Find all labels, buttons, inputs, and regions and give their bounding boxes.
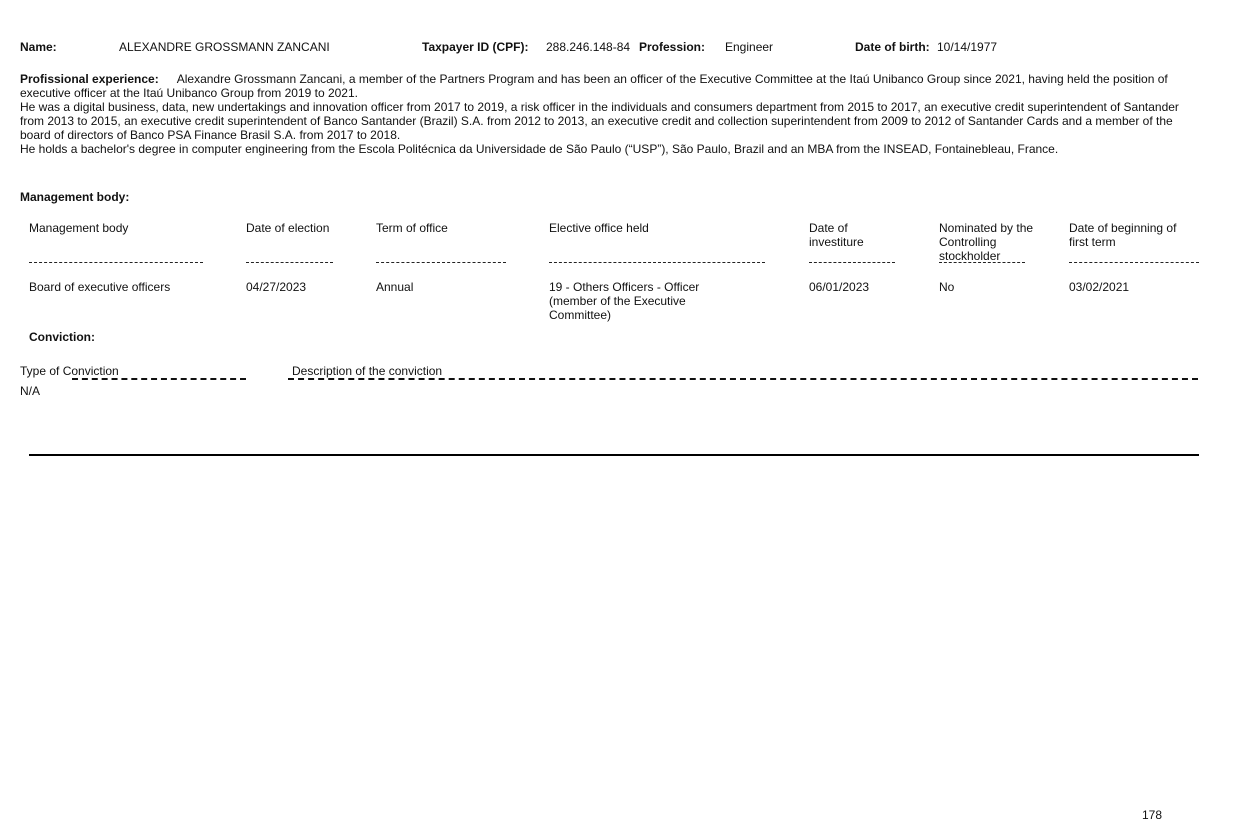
header-underline bbox=[246, 262, 333, 263]
name-value: ALEXANDRE GROSSMANN ZANCANI bbox=[119, 40, 330, 54]
experience-paragraph-2: He was a digital business, data, new und… bbox=[20, 100, 1190, 142]
header-underline bbox=[29, 262, 203, 263]
cell-nominated-by-controlling: No bbox=[939, 280, 1029, 294]
experience-paragraph-1: Profissional experience:Alexandre Grossm… bbox=[20, 72, 1190, 100]
cpf-value: 288.246.148-84 bbox=[546, 40, 630, 54]
cell-management-body: Board of executive officers bbox=[29, 280, 229, 294]
page-number: 178 bbox=[1142, 808, 1162, 822]
header-underline bbox=[809, 262, 895, 263]
conviction-type-header: Type of Conviction bbox=[20, 364, 119, 378]
conviction-type-value: N/A bbox=[20, 384, 40, 398]
dob-value: 10/14/1977 bbox=[937, 40, 997, 54]
profession-label: Profession: bbox=[639, 40, 705, 54]
experience-label: Profissional experience: bbox=[20, 72, 159, 86]
header-underline bbox=[1069, 262, 1199, 263]
header-underline bbox=[549, 262, 765, 263]
column-header-nominated-by-controlling: Nominated by the Controlling stockholder bbox=[939, 221, 1034, 263]
cell-date-of-investiture: 06/01/2023 bbox=[809, 280, 909, 294]
conviction-description-underline bbox=[288, 378, 1198, 380]
column-header-date-of-election: Date of election bbox=[246, 221, 336, 235]
conviction-section-title: Conviction: bbox=[29, 330, 95, 344]
header-underline bbox=[376, 262, 506, 263]
conviction-type-underline bbox=[72, 378, 246, 380]
cell-date-first-term: 03/02/2021 bbox=[1069, 280, 1179, 294]
experience-paragraph-3: He holds a bachelor's degree in computer… bbox=[20, 142, 1190, 156]
section-divider bbox=[29, 454, 1199, 456]
column-header-term-of-office: Term of office bbox=[376, 221, 506, 235]
profession-value: Engineer bbox=[725, 40, 773, 54]
column-header-elective-office: Elective office held bbox=[549, 221, 749, 235]
cpf-label: Taxpayer ID (CPF): bbox=[422, 40, 528, 54]
name-label: Name: bbox=[20, 40, 57, 54]
management-section-title: Management body: bbox=[20, 190, 129, 204]
cell-date-of-election: 04/27/2023 bbox=[246, 280, 346, 294]
dob-label: Date of birth: bbox=[855, 40, 930, 54]
cell-term-of-office: Annual bbox=[376, 280, 506, 294]
cell-elective-office: 19 - Others Officers - Officer (member o… bbox=[549, 280, 744, 322]
column-header-management-body: Management body bbox=[29, 221, 229, 235]
conviction-description-header: Description of the conviction bbox=[292, 364, 442, 378]
professional-experience: Profissional experience:Alexandre Grossm… bbox=[20, 72, 1190, 156]
header-underline bbox=[939, 262, 1025, 263]
column-header-date-of-investiture: Date of investiture bbox=[809, 221, 889, 249]
column-header-date-first-term: Date of beginning of first term bbox=[1069, 221, 1179, 249]
